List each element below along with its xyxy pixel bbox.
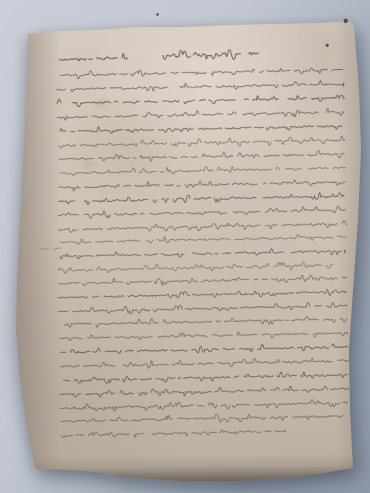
ink-speck (156, 13, 159, 16)
handwriting-line (61, 343, 348, 356)
ink-smudges (81, 100, 109, 167)
handwriting-line (60, 329, 348, 342)
handwriting-line (60, 357, 348, 370)
ink-speck (326, 44, 329, 47)
handwriting-line (59, 192, 344, 205)
ink-speck (343, 19, 347, 23)
ink-smudge (82, 162, 94, 167)
body-handwriting (54, 66, 351, 439)
handwriting-line (59, 150, 344, 163)
handwriting-line (64, 371, 348, 384)
handwriting-line (59, 178, 345, 191)
photograph (0, 0, 370, 493)
handwriting-line (60, 247, 345, 260)
ink-specks (156, 10, 348, 51)
handwriting-line (61, 66, 343, 79)
handwriting-line (57, 108, 343, 122)
handwriting-line (59, 136, 345, 150)
margin-note (41, 248, 62, 250)
handwriting-line (60, 399, 347, 412)
handwriting-line (58, 302, 347, 315)
handwriting-line (60, 385, 349, 398)
handwriting-svg (0, 0, 370, 493)
header-line (163, 49, 259, 61)
handwriting-line (59, 274, 347, 287)
handwriting-line (62, 429, 286, 439)
handwriting-line (57, 80, 344, 93)
handwriting-line (58, 288, 346, 301)
handwriting-line (60, 164, 345, 176)
handwriting-line (61, 412, 343, 425)
handwriting-line (58, 206, 345, 219)
handwriting-line (58, 261, 332, 274)
handwriting-line (60, 233, 346, 245)
header-handwriting (59, 49, 258, 63)
ink-smudge (94, 100, 108, 106)
handwriting-line (59, 221, 347, 233)
header-line (59, 53, 127, 61)
handwriting-line (64, 315, 346, 328)
handwriting-line (60, 122, 342, 134)
margin-note-handwriting (41, 248, 62, 250)
